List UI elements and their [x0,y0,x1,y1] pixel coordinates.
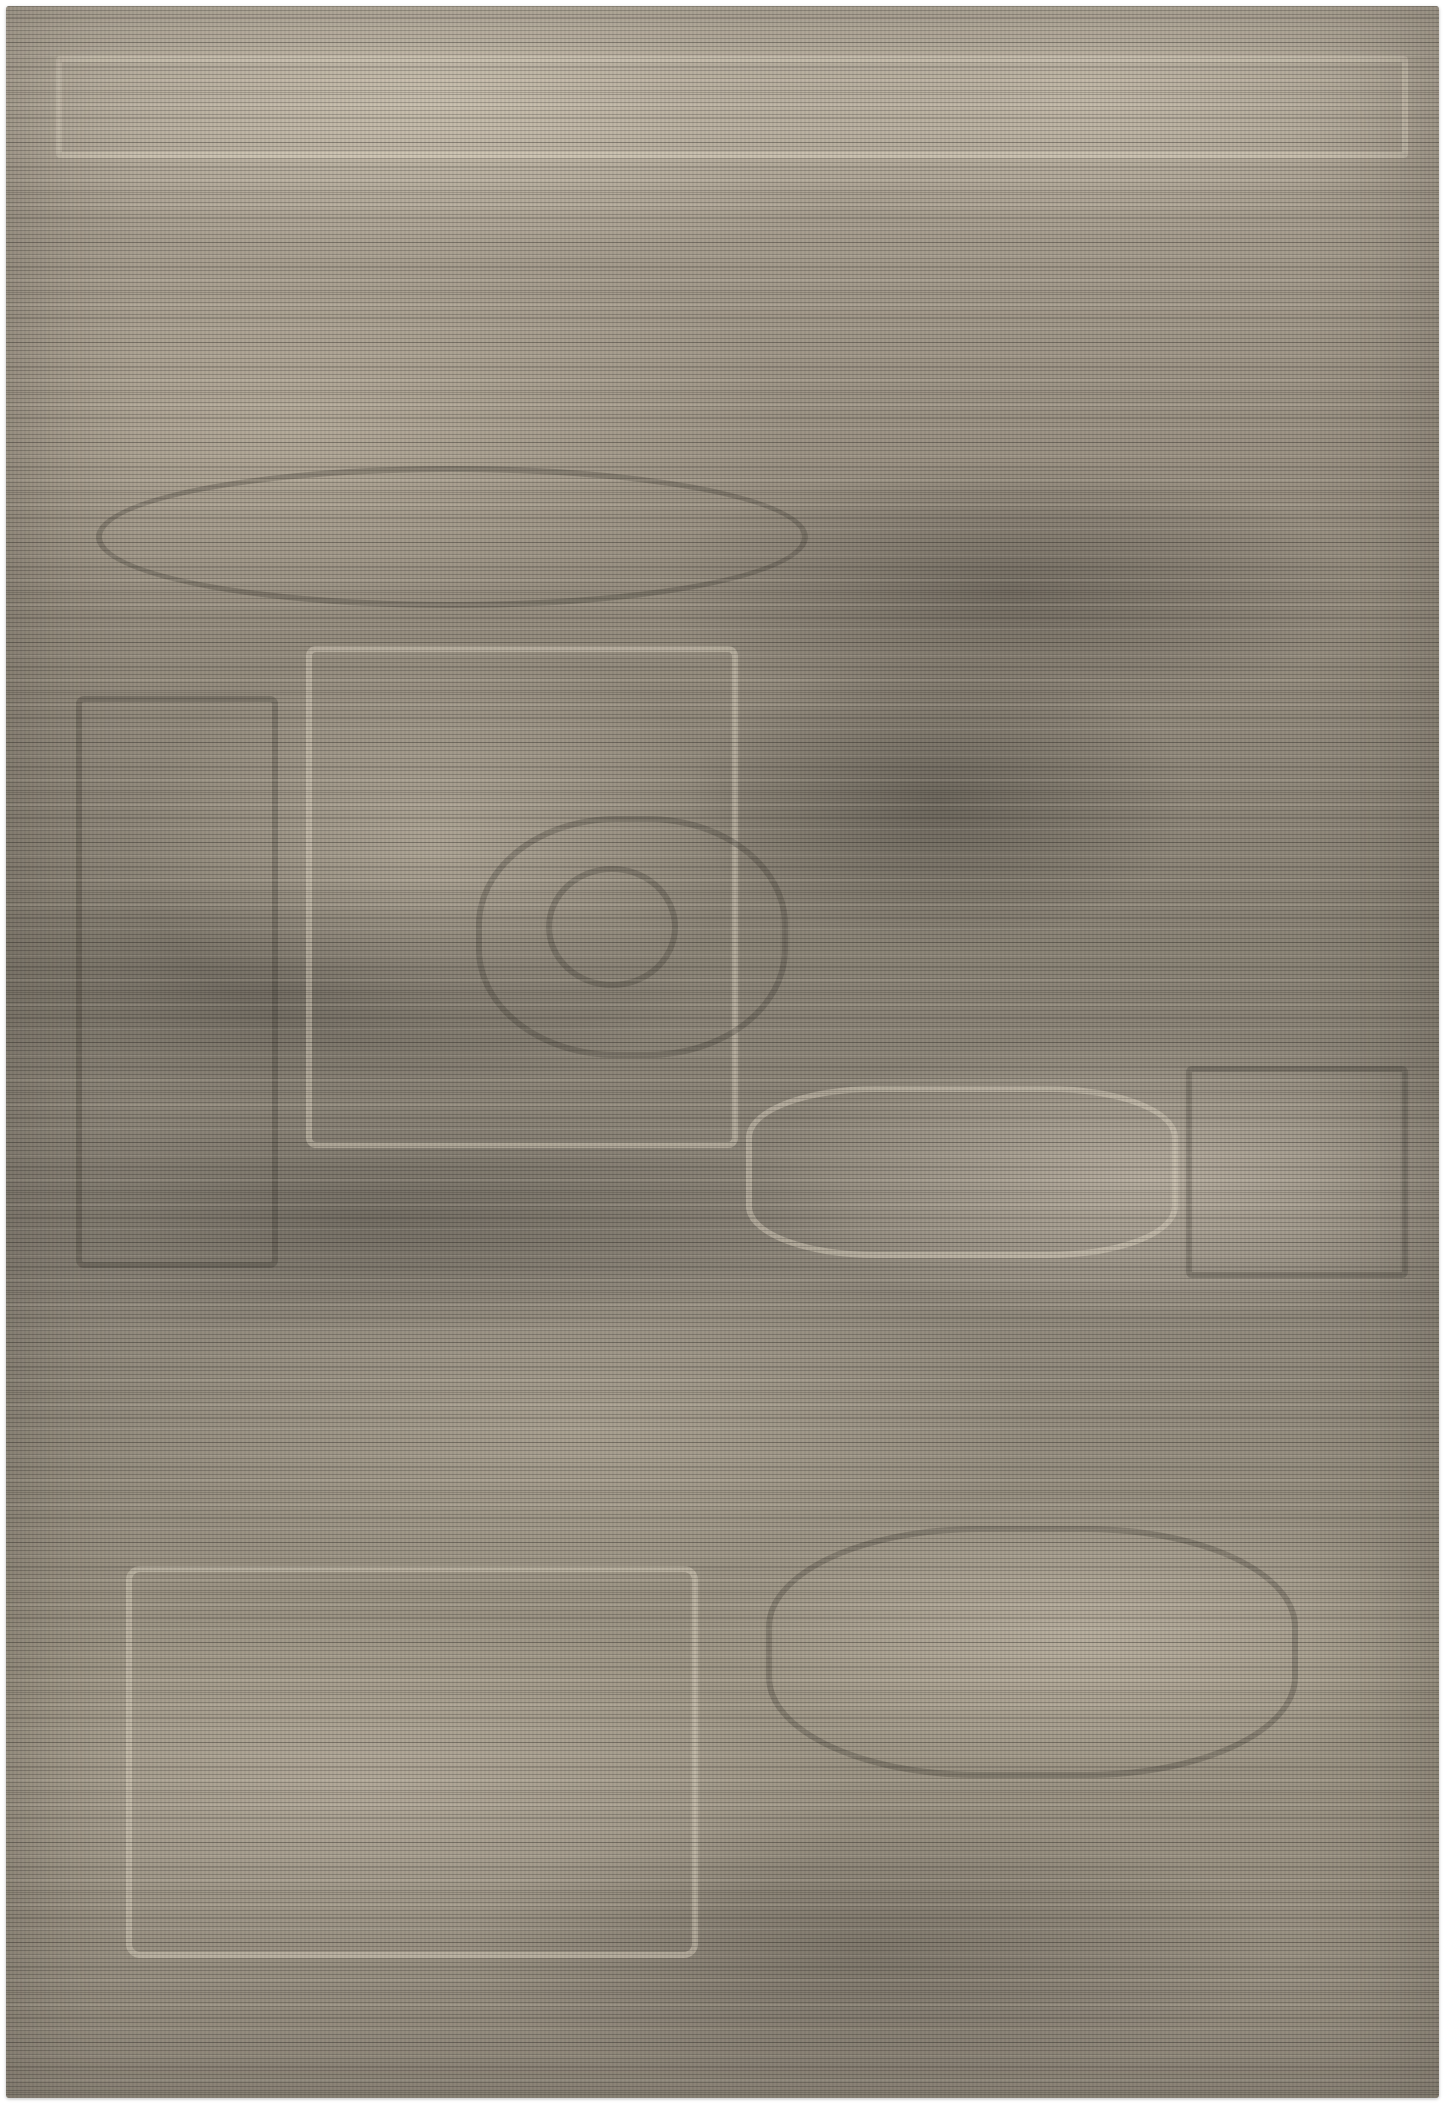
rug [6,6,1439,2098]
photo-background [0,0,1445,2104]
rug-shading [6,6,1439,2098]
